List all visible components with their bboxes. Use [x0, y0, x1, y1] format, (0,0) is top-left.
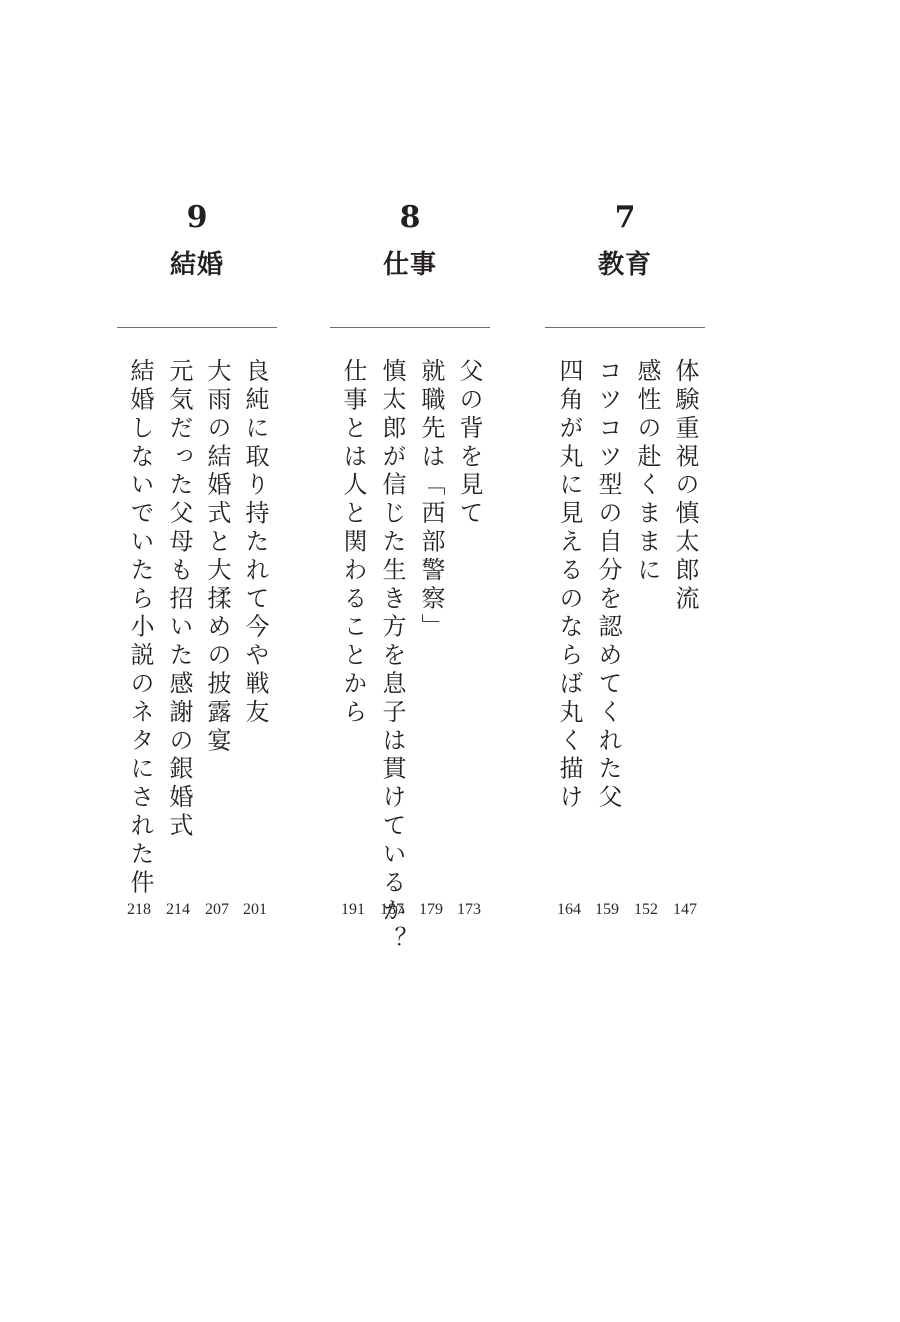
page-number: 191: [333, 900, 373, 920]
section-divider: [545, 327, 705, 328]
page-number: 214: [158, 900, 198, 920]
toc-entry[interactable]: 大雨の結婚式と大揉めの披露宴: [202, 358, 232, 756]
page-number: 164: [549, 900, 589, 920]
section-title: 教育: [545, 248, 705, 282]
section-title: 仕事: [330, 248, 490, 282]
page-number: 152: [626, 900, 666, 920]
toc-entry[interactable]: 体験重視の慎太郎流: [670, 358, 700, 614]
toc-section-7: 7 教育 体験重視の慎太郎流 感性の赴くままに コツコツ型の自分を認めてくれた父…: [545, 0, 705, 1322]
toc-section-9: 9 結婚 良純に取り持たれて今や戦友 大雨の結婚式と大揉めの披露宴 元気だった父…: [117, 0, 277, 1322]
toc-entry[interactable]: 父の背を見て: [454, 358, 484, 528]
page-number: 207: [197, 900, 237, 920]
toc-entry[interactable]: 結婚しないでいたら小説のネタにされた件: [125, 358, 155, 898]
toc-entry[interactable]: 四角が丸に見えるのならば丸く描け: [554, 358, 584, 812]
section-number: 7: [545, 200, 705, 236]
page-number: 147: [665, 900, 705, 920]
toc-section-8: 8 仕事 父の背を見て 就職先は「西部警察」 慎太郎が信じた生き方を息子は貫けて…: [330, 0, 490, 1322]
page-number: 187: [372, 900, 412, 920]
section-title: 結婚: [117, 248, 277, 282]
toc-entry[interactable]: 感性の赴くままに: [632, 358, 662, 585]
toc-entry[interactable]: 良純に取り持たれて今や戦友: [240, 358, 270, 727]
toc-entry[interactable]: 慎太郎が信じた生き方を息子は貫けているか？: [377, 358, 407, 954]
section-divider: [330, 327, 490, 328]
page-number: 159: [587, 900, 627, 920]
page-number: 201: [235, 900, 275, 920]
section-divider: [117, 327, 277, 328]
page-number: 179: [411, 900, 451, 920]
toc-entry[interactable]: 元気だった父母も招いた感謝の銀婚式: [164, 358, 194, 841]
page-number: 218: [119, 900, 159, 920]
page-number: 173: [449, 900, 489, 920]
toc-entry[interactable]: 仕事とは人と関わることから: [338, 358, 368, 727]
section-number: 8: [330, 200, 490, 236]
toc-entry[interactable]: コツコツ型の自分を認めてくれた父: [593, 358, 623, 812]
toc-entry[interactable]: 就職先は「西部警察」: [416, 358, 446, 642]
section-number: 9: [117, 200, 277, 236]
